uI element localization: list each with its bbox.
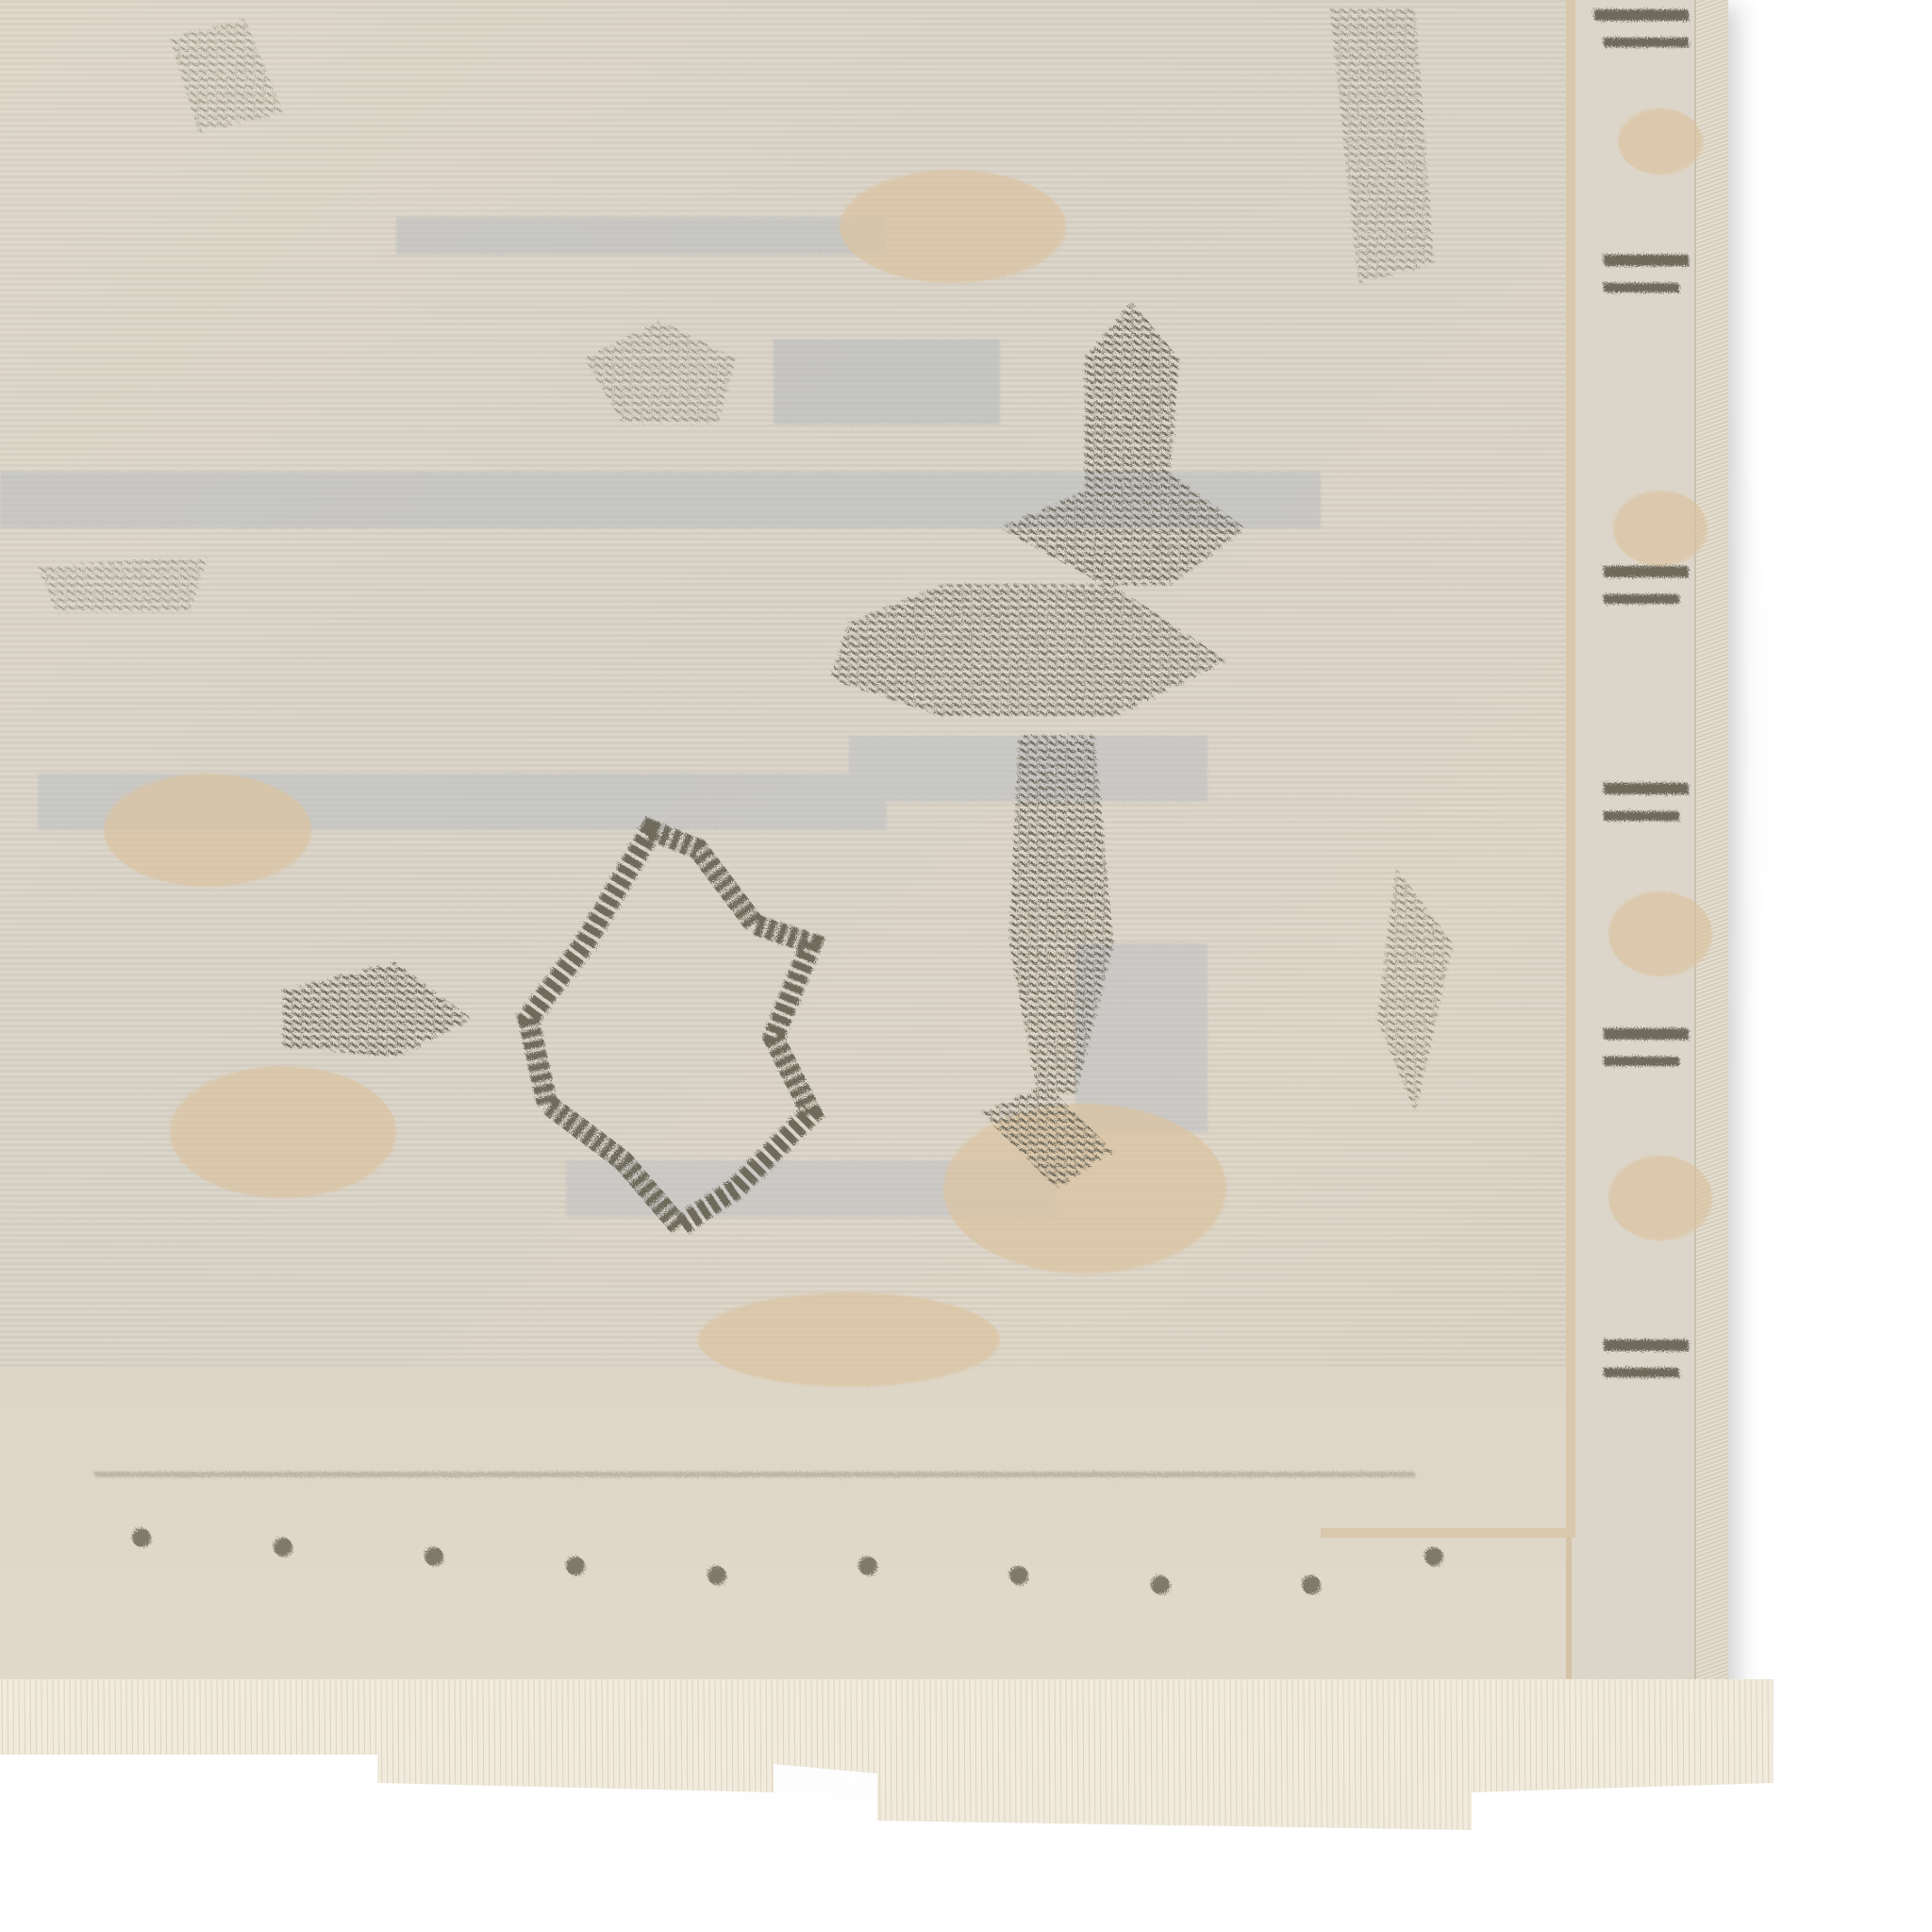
photo-scene (0, 0, 1932, 1932)
rug-fringe (0, 1679, 1774, 1830)
rug-pattern (0, 0, 1726, 1698)
rug-body (0, 0, 1726, 1698)
